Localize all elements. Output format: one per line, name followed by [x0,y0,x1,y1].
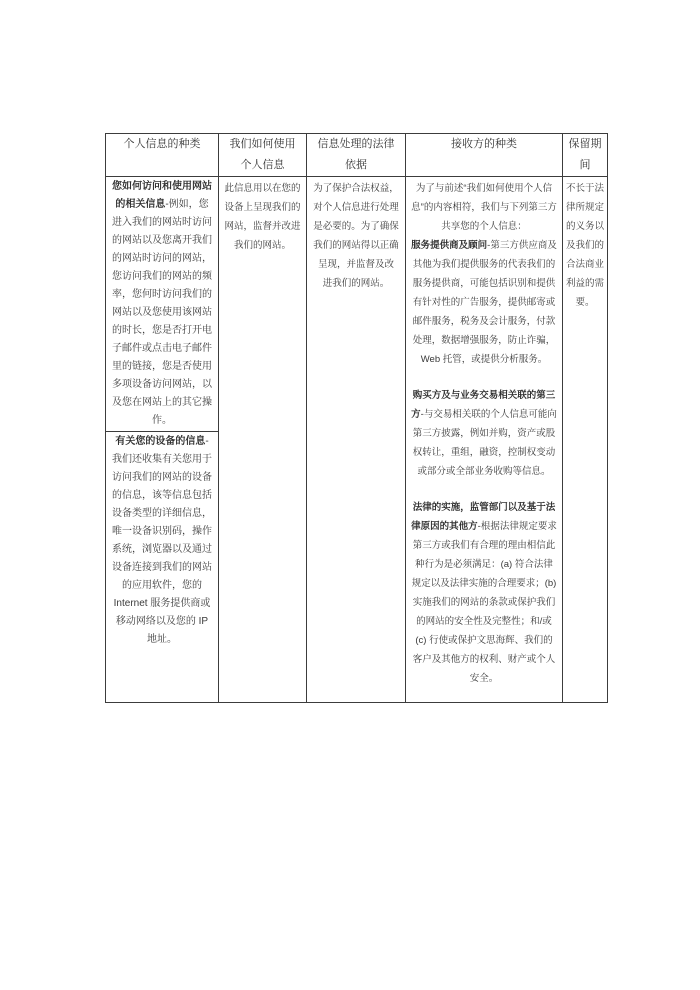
privacy-table: 个人信息的种类 我们如何使用个人信息 信息处理的法律依据 接收方的种类 保留期间… [105,133,608,703]
cell-recipient-types: 为了与前述“我们如何使用个人信息”的内容相符，我们与下列第三方共享您的个人信息：… [406,177,563,703]
paragraph-body-text: -例如，您进入我们的网站时访问的网站以及您离开我们的网站时访问的网站，您访问我们… [112,199,212,426]
cell-website-usage-info: 您如何访问和使用网站的相关信息-例如，您进入我们的网站时访问的网站以及您离开我们… [106,177,219,432]
header-recipient-types: 接收方的种类 [406,134,563,177]
cell-retention-period: 不长于法律所规定的义务以及我们的合法商业利益的需要。 [563,177,608,703]
header-retention-period: 保留期间 [563,134,608,177]
cell-device-info: 有关您的设备的信息-我们还收集有关您用于访问我们的网站的设备的信息，该等信息包括… [106,432,219,703]
header-how-we-use: 我们如何使用个人信息 [219,134,307,177]
recipients-legal-paragraph: 法律的实施，监管部门以及基于法律原因的其他方-根据法律规定要求第三方或我们有合理… [411,498,557,688]
recipients-intro-paragraph: 为了与前述“我们如何使用个人信息”的内容相符，我们与下列第三方共享您的个人信息： [411,179,557,236]
website-usage-paragraph: 您如何访问和使用网站的相关信息-例如，您进入我们的网站时访问的网站以及您离开我们… [111,178,213,430]
document-page: 个人信息的种类 我们如何使用个人信息 信息处理的法律依据 接收方的种类 保留期间… [0,0,700,990]
legal-basis-paragraph: 为了保护合法权益，对个人信息进行处理是必要的。为了确保我们的网站得以正确呈现，并… [312,179,400,293]
header-legal-basis: 信息处理的法律依据 [307,134,406,177]
paragraph-lead-bold: 服务提供商及顾问 [411,240,487,251]
recipients-service-providers-paragraph: 服务提供商及顾问-第三方供应商及其他为我们提供服务的代表我们的服务提供商，可能包… [411,236,557,369]
cell-how-we-use: 此信息用以在您的设备上呈现我们的网站，监督并改进我们的网站。 [219,177,307,703]
paragraph-body-text: -第三方供应商及其他为我们提供服务的代表我们的服务提供商，可能包括识别和提供有针… [413,240,557,365]
usage-paragraph: 此信息用以在您的设备上呈现我们的网站，监督并改进我们的网站。 [224,179,301,255]
paragraph-lead-bold: 有关您的设备的信息 [115,436,205,447]
paragraph-body-text: -与交易相关联的个人信息可能向第三方披露，例如并购，资产或股权转让，重组，融资，… [413,409,557,477]
header-personal-info-types: 个人信息的种类 [106,134,219,177]
cell-legal-basis: 为了保护合法权益，对个人信息进行处理是必要的。为了确保我们的网站得以正确呈现，并… [307,177,406,703]
table-body-row-1: 您如何访问和使用网站的相关信息-例如，您进入我们的网站时访问的网站以及您离开我们… [106,177,608,432]
paragraph-body-text: -根据法律规定要求第三方或我们有合理的理由相信此种行为是必须满足：(a) 符合法… [412,521,557,684]
retention-paragraph: 不长于法律所规定的义务以及我们的合法商业利益的需要。 [565,179,605,312]
table-header-row: 个人信息的种类 我们如何使用个人信息 信息处理的法律依据 接收方的种类 保留期间 [106,134,608,177]
paragraph-body-text: -我们还收集有关您用于访问我们的网站的设备的信息，该等信息包括设备类型的详细信息… [112,436,212,645]
recipients-buyers-paragraph: 购买方及与业务交易相关联的第三方-与交易相关联的个人信息可能向第三方披露，例如并… [411,386,557,481]
device-info-paragraph: 有关您的设备的信息-我们还收集有关您用于访问我们的网站的设备的信息，该等信息包括… [111,433,213,649]
